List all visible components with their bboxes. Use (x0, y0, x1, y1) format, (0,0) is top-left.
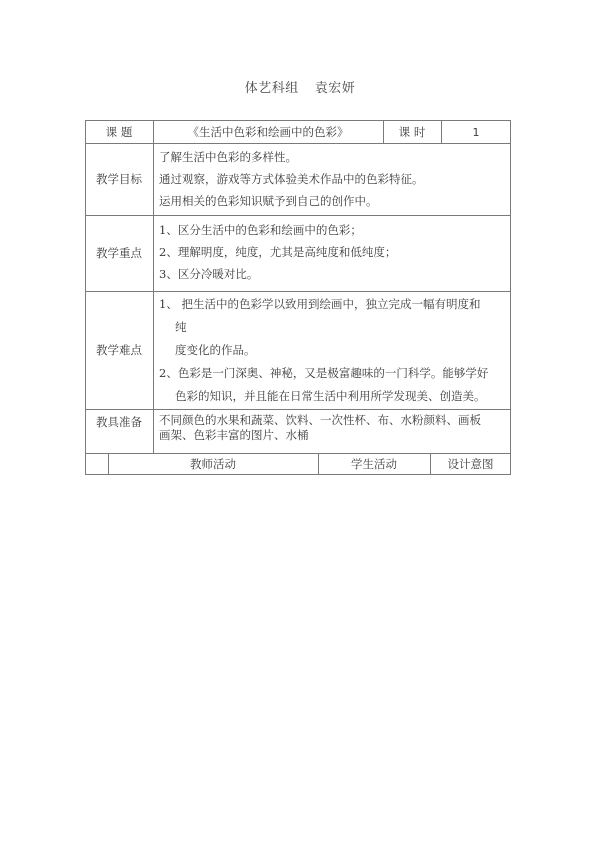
materials-text: 不同颜色的水果和蔬菜、饮料、一次性杯、布、水粉颜料、画板 画架、色彩丰富的图片、… (159, 413, 509, 443)
materials-line: 画架、色彩丰富的图片、水桶 (159, 428, 509, 443)
difficulty-line: 2、色彩是一门深奥、神秘，又是极富趣味的一门科学。能够学好 (159, 362, 509, 385)
objectives-label: 教学目标 (85, 143, 153, 215)
objective-item: 通过观察，游戏等方式体验美术作品中的色彩特征。 (159, 168, 509, 190)
key-point-item: 1、区分生活中的色彩和绘画中的色彩； (159, 219, 509, 241)
materials-label: 教具准备 (85, 413, 153, 431)
difficulty-line: 纯 (159, 316, 509, 339)
hours-label: 课 时 (383, 120, 441, 144)
difficulties-text: 1、 把生活中的色彩学以致用到绘画中，独立完成一幅有明度和 纯 度变化的作品。 … (159, 293, 509, 408)
document-title: 体艺科组袁宏妍 (0, 77, 600, 96)
materials-line: 不同颜色的水果和蔬菜、饮料、一次性杯、布、水粉颜料、画板 (159, 413, 509, 428)
difficulty-line: 度变化的作品。 (159, 339, 509, 362)
group-name: 体艺科组 (245, 81, 299, 96)
author-name: 袁宏妍 (315, 81, 356, 96)
hours-value: 1 (441, 120, 511, 144)
topic-label: 课 题 (85, 120, 153, 144)
teacher-activity-header: 教师活动 (108, 453, 318, 474)
difficulty-line: 色彩的知识，并且能在日常生活中利用所学发现美、创造美。 (159, 385, 509, 408)
key-point-item: 2、理解明度，纯度，尤其是高纯度和低纯度； (159, 241, 509, 263)
table-border-right (510, 120, 511, 475)
student-activity-header: 学生活动 (318, 453, 430, 474)
topic-value: 《生活中色彩和绘画中的色彩》 (153, 120, 383, 144)
difficulty-line: 1、 把生活中的色彩学以致用到绘画中，独立完成一幅有明度和 (159, 293, 509, 316)
design-intent-header: 设计意图 (430, 453, 511, 474)
lesson-plan-table: 课 题 《生活中色彩和绘画中的色彩》 课 时 1 教学目标 了解生活中色彩的多样… (85, 120, 511, 475)
objective-item: 运用相关的色彩知识赋予到自己的创作中。 (159, 190, 509, 212)
label-column-divider (153, 120, 154, 454)
key-points-label: 教学重点 (85, 215, 153, 291)
difficulties-label: 教学难点 (85, 291, 153, 409)
key-points-list: 1、区分生活中的色彩和绘画中的色彩； 2、理解明度，纯度，尤其是高纯度和低纯度；… (159, 219, 509, 285)
table-border-bottom (85, 474, 511, 475)
row-divider (85, 409, 511, 410)
objective-item: 了解生活中色彩的多样性。 (159, 146, 509, 168)
objectives-list: 了解生活中色彩的多样性。 通过观察，游戏等方式体验美术作品中的色彩特征。 运用相… (159, 146, 509, 212)
key-point-item: 3、区分冷暖对比。 (159, 263, 509, 285)
